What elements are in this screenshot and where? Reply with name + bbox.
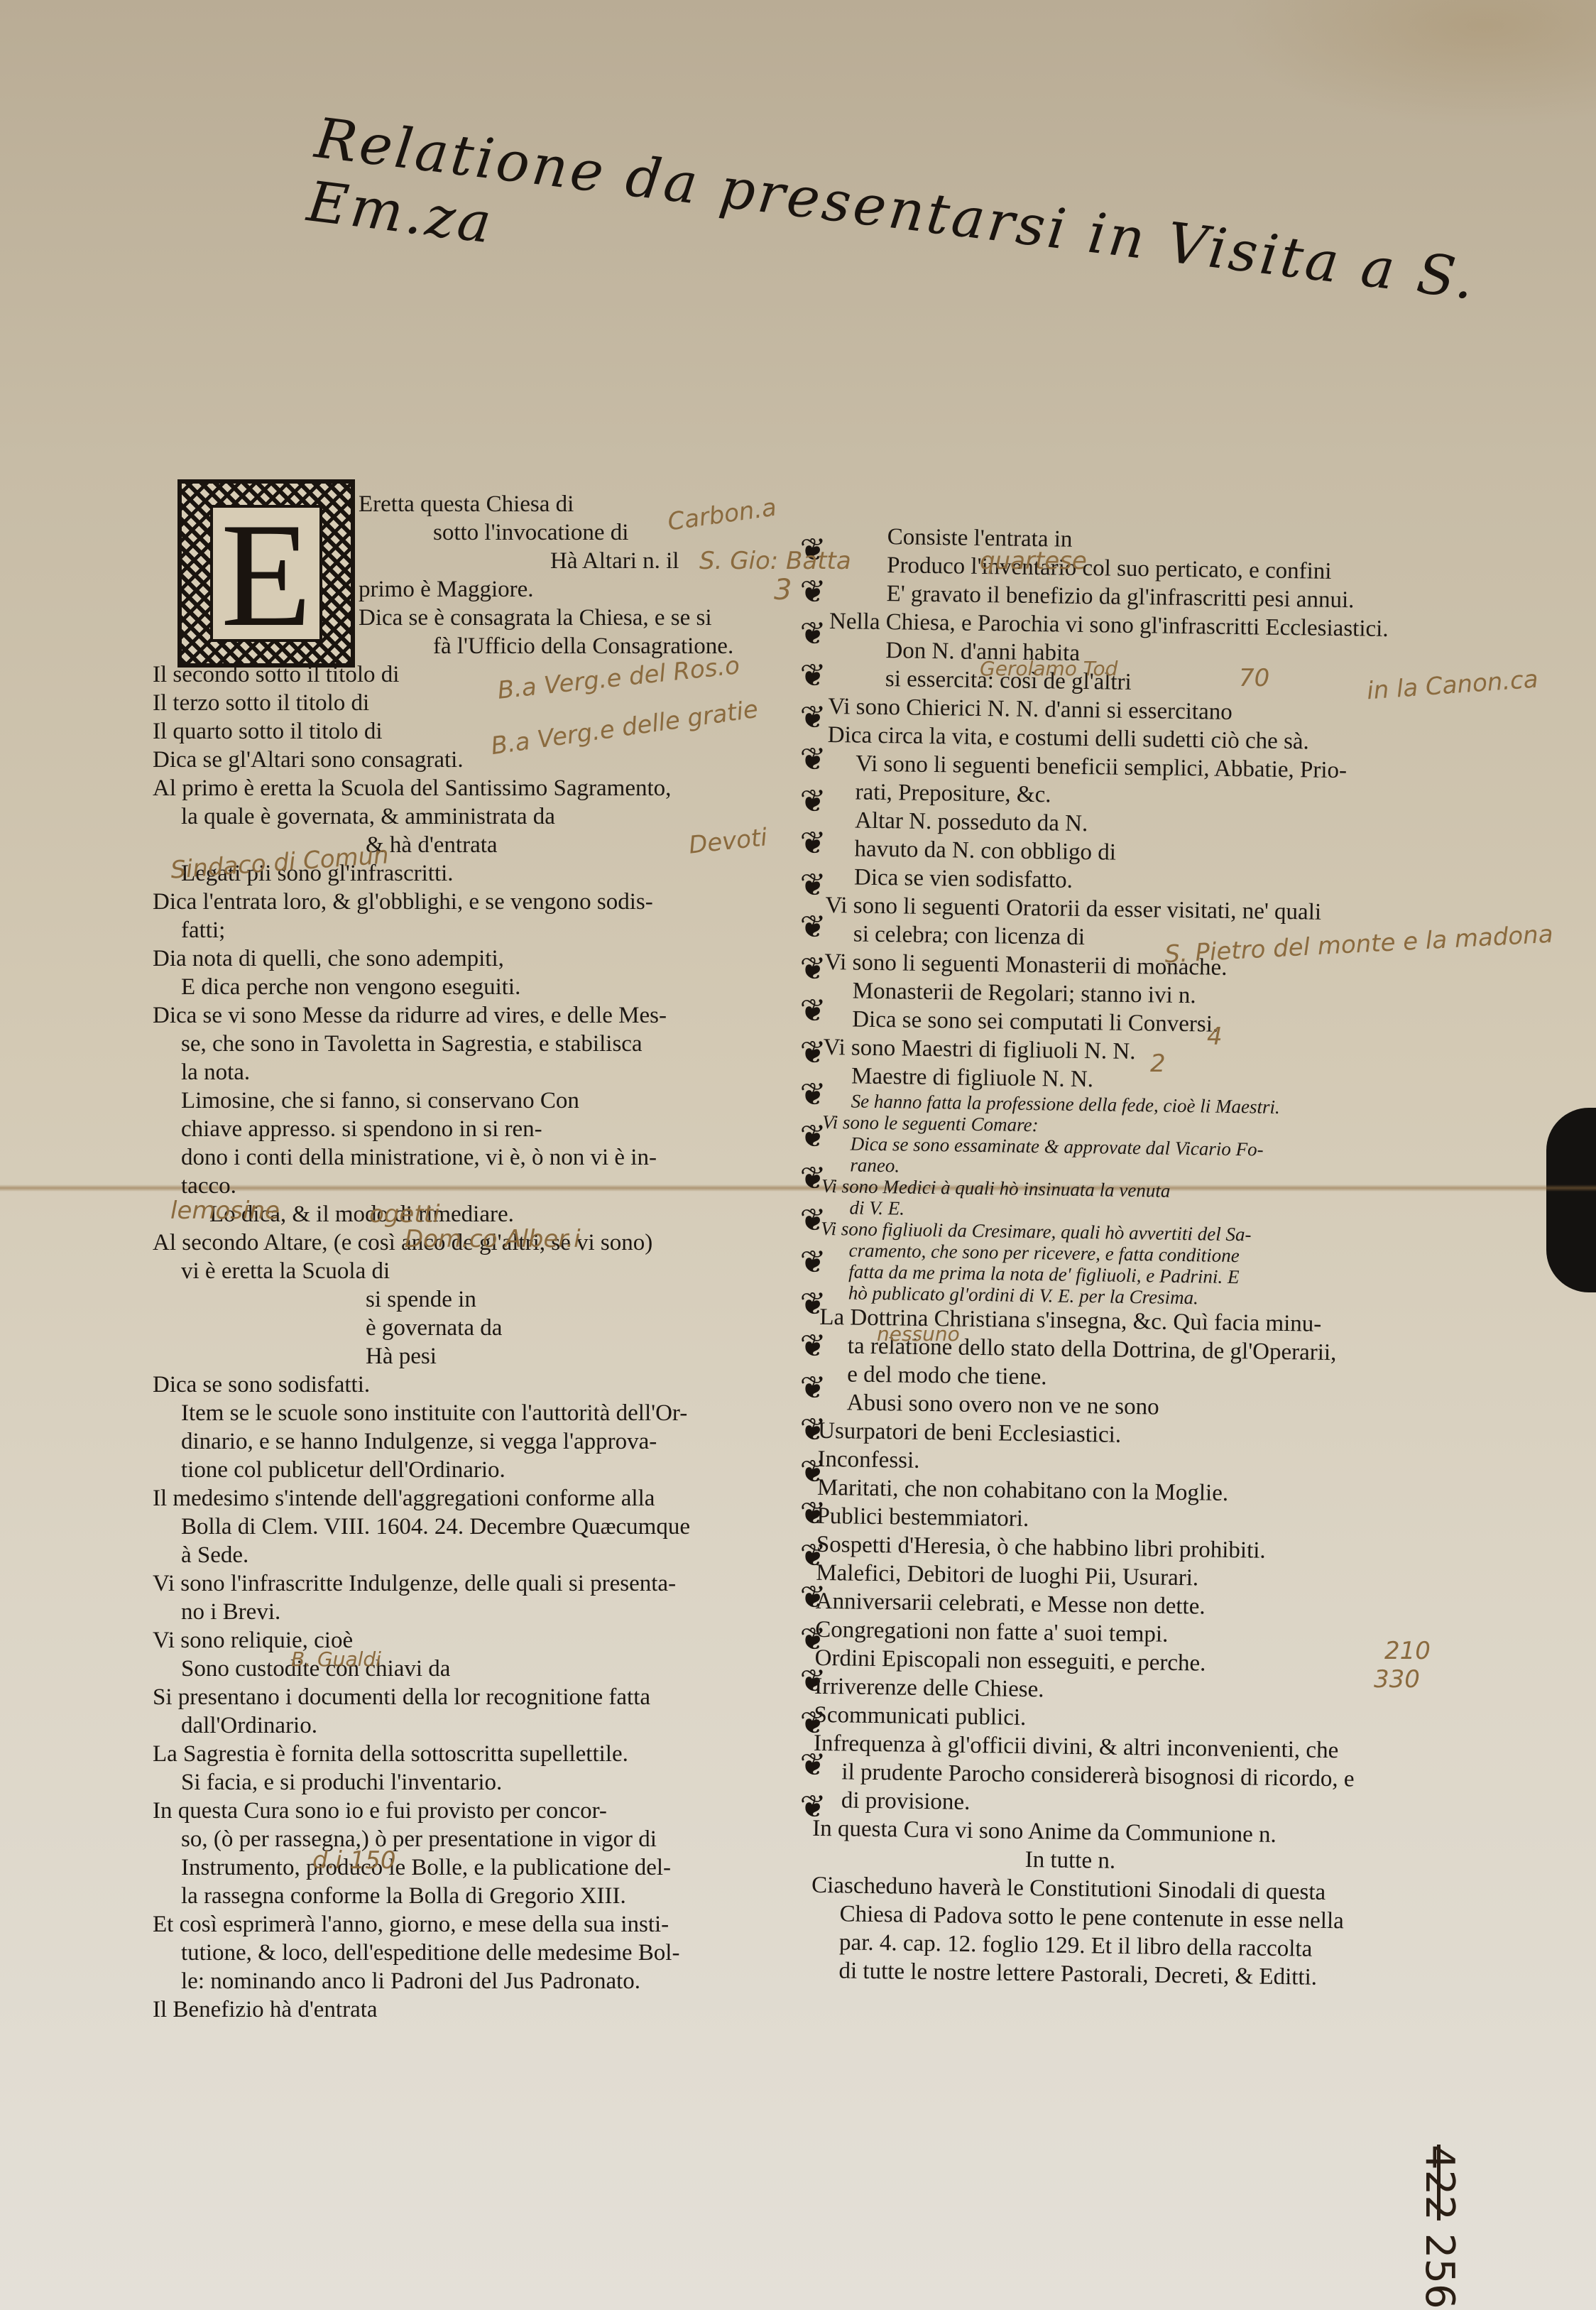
annotation-income: d.i 150 [312, 1846, 396, 1875]
right-column-text: Consiste l'entrata inProduco l'inventari… [810, 522, 1455, 1993]
annotation-age: 70 [1239, 664, 1269, 692]
text-line: Al primo è eretta la Scuola del Santissi… [153, 774, 792, 802]
text-line: Instrumento, produco le Bolle, e la publ… [153, 1853, 792, 1882]
fleuron-icon: ❦ [800, 948, 826, 990]
text-line: la nota. [153, 1058, 792, 1086]
text-line: dono i conti della ministratione, vi è, … [153, 1143, 792, 1172]
fleuron-icon: ❦ [800, 739, 826, 780]
fleuron-icon: ❦ [800, 571, 826, 613]
text-line: Bolla di Clem. VIII. 1604. 24. Decembre … [153, 1513, 792, 1541]
fleuron-icon: ❦ [800, 990, 826, 1032]
annotation-anime-tutte: 330 [1374, 1665, 1420, 1694]
text-line: se, che sono in Tavoletta in Sagrestia, … [153, 1030, 792, 1058]
text-line: le: nominando anco li Padroni del Jus Pa… [153, 1967, 792, 1995]
text-line: vi è eretta la Scuola di [153, 1257, 792, 1285]
text-line: la quale è governata, & amministrata da [153, 802, 792, 831]
text-line: tione col publicetur dell'Ordinario. [153, 1456, 792, 1484]
annotation-anime-communione: 210 [1384, 1637, 1431, 1665]
text-line: Dica l'entrata loro, & gl'obblighi, e se… [153, 888, 792, 916]
text-line: Hà pesi [153, 1342, 792, 1371]
text-line: Hà Altari n. il [153, 547, 792, 575]
text-line: La Sagrestia è fornita della sottoscritt… [153, 1740, 792, 1768]
text-line: no i Brevi. [153, 1598, 792, 1626]
text-line: tacco. [153, 1172, 792, 1200]
folio-current: 256 [1416, 2233, 1463, 2309]
annotation-altars: 3 [774, 574, 792, 606]
text-line: Item se le scuole sono instituite con l'… [153, 1399, 792, 1427]
annotation-entrata-in: quartese [980, 547, 1087, 575]
annotation-priest-name: B. Gualdi [291, 1647, 381, 1671]
text-line: dall'Ordinario. [153, 1711, 792, 1740]
fleuron-icon: ❦ [800, 1032, 826, 1074]
paper-stain [1227, 0, 1596, 128]
fleuron-icon: ❦ [800, 655, 826, 697]
text-line: Limosine, che si fanno, si conservano Co… [153, 1086, 792, 1115]
text-line: Dica se vi sono Messe da ridurre ad vire… [153, 1001, 792, 1030]
annotation-inconfessi: nessuno [877, 1322, 960, 1346]
text-line: Dica se è consagrata la Chiesa, e se si [153, 604, 792, 632]
text-line: In questa Cura sono io e fui provisto pe… [153, 1797, 792, 1825]
text-line: Sono custodite con chiavi da [153, 1655, 792, 1683]
text-line: Si presentano i documenti della lor reco… [153, 1683, 792, 1711]
fleuron-icon: ❦ [800, 697, 826, 739]
annotation-maestri: 4 [1207, 1023, 1223, 1051]
text-line: Et così esprimerà l'anno, giorno, e mese… [153, 1910, 792, 1939]
annotation-governata-da: Dom.co Alber.i [405, 1225, 581, 1253]
folio-number: 422 256 [1416, 2145, 1463, 2309]
text-line: Dica se sono sodisfatti. [153, 1371, 792, 1399]
fleuron-icon: ❦ [800, 613, 826, 655]
text-line: à Sede. [153, 1541, 792, 1569]
text-line: chiave appresso. si spendono in si ren- [153, 1115, 792, 1143]
fleuron-icon: ❦ [800, 822, 826, 864]
annotation-lemosine: lemosine [170, 1197, 280, 1225]
handwritten-title: Relatione da presentarsi in Visita a S. … [304, 107, 1517, 381]
text-line: Il medesimo s'intende dell'aggregationi … [153, 1484, 792, 1513]
text-line: dinario, e se hanno Indulgenze, si vegga… [153, 1427, 792, 1456]
text-line: si spende in [153, 1285, 792, 1314]
text-line: Si facia, e si produchi l'inventario. [153, 1768, 792, 1797]
text-line: Dia nota di quelli, che sono adempiti, [153, 944, 792, 973]
text-line: primo è Maggiore. [153, 575, 792, 604]
annotation-spende-in: ogetti [369, 1200, 439, 1228]
folio-struck: 422 [1416, 2145, 1463, 2221]
text-line: tutione, & loco, dell'espeditione delle … [153, 1939, 792, 1967]
text-line: Vi sono reliquie, cioè [153, 1626, 792, 1655]
text-line: è governata da [153, 1314, 792, 1342]
text-line: E dica perche non vengono eseguiti. [153, 973, 792, 1001]
annotation-don-name: Gerolamo Tod [980, 657, 1117, 680]
text-line: Vi sono l'infrascritte Indulgenze, delle… [153, 1569, 792, 1598]
fleuron-icon: ❦ [800, 906, 826, 948]
annotation-invocation: S. Gio: Batta [699, 547, 851, 575]
text-line: Il Benefizio hà d'entrata [153, 1995, 792, 2024]
fleuron-icon: ❦ [800, 864, 826, 906]
text-line: so, (ò per rassegna,) ò per presentation… [153, 1825, 792, 1853]
text-line: la rassegna conforme la Bolla di Gregori… [153, 1882, 792, 1910]
text-line: Dica se gl'Altari sono consagrati. [153, 746, 792, 774]
fleuron-icon: ❦ [800, 780, 826, 822]
background-edge [1546, 1108, 1596, 1292]
text-line: fatti; [153, 916, 792, 944]
annotation-maestre: 2 [1150, 1050, 1166, 1078]
